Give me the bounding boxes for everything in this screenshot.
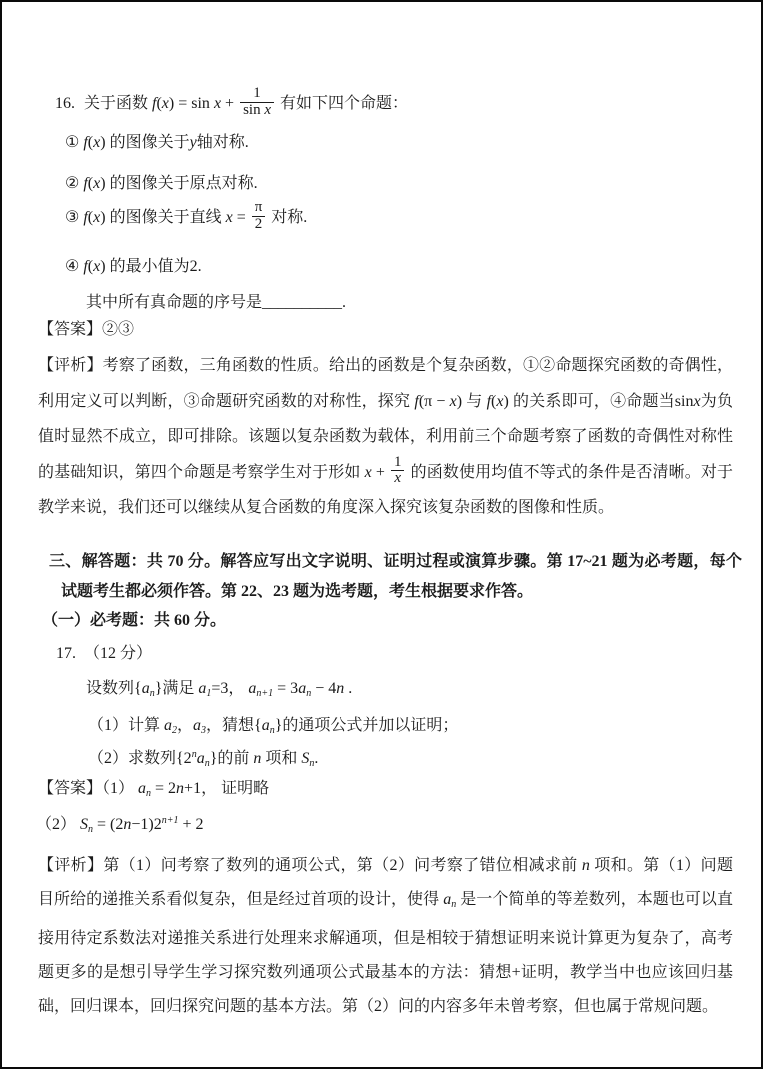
fraction: 1sin x [240, 86, 274, 119]
problem16-answer: 【答案】②③ [38, 320, 134, 340]
section-subheader: （一）必考题：共 60 分。 [42, 611, 226, 631]
fraction: π2 [252, 200, 266, 233]
problem17-analysis: 【评析】第（1）问考察了数列的通项公式，第（2）问考察了错位相减求前 n 项和。… [38, 849, 733, 1024]
problem17-number: 17. [56, 645, 76, 662]
problem16-stem: 关于函数 f(x) = sin x + 1sin x 有如下四个命题： [84, 95, 408, 112]
fraction: 1x [391, 455, 405, 488]
problem17-points: （12 分） [84, 645, 152, 662]
problem16-item-2: ② f(x) 的图像关于原点对称. [65, 174, 258, 194]
problem17-answer-part1: 【答案】（1） an = 2n+1， 证明略 [38, 779, 269, 804]
problem16-item-4: ④ f(x) 的最小值为2. [65, 257, 202, 277]
problem16-number: 16. [55, 95, 75, 112]
document-page: { "colors":{"background":"#ffffff","bord… [0, 0, 766, 1080]
problem16-item-3: ③ f(x) 的图像关于直线 x = π2 对称. [65, 198, 307, 238]
section-header: 三、解答题：共 70 分。解答应写出文字说明、证明过程或演算步骤。第 17~21… [49, 547, 742, 607]
problem17-part1: （1）计算 a2，a3，猜想{an}的通项公式并加以证明； [88, 716, 458, 741]
problem17-given: 设数列{an}满足 a1=3， an+1 = 3an − 4n . [86, 679, 352, 704]
problem17-part2: （2）求数列{2nan}的前 n 项和 Sn. [88, 745, 318, 774]
problem16-stem-line: 16.关于函数 f(x) = sin x + 1sin x 有如下四个命题： [55, 86, 408, 122]
problem16-conclusion: 其中所有真命题的序号是__________. [86, 293, 346, 313]
problem16-analysis: 【评析】考察了函数，三角函数的性质。给出的函数是个复杂函数，①②命题探究函数的奇… [38, 348, 733, 526]
problem16-item-1: ① f(x) 的图像关于y轴对称. [65, 133, 249, 153]
problem17-heading-line: 17.（12 分） [56, 644, 152, 664]
problem17-answer-part2: （2） Sn = (2n−1)2n+1 + 2 [36, 811, 204, 840]
